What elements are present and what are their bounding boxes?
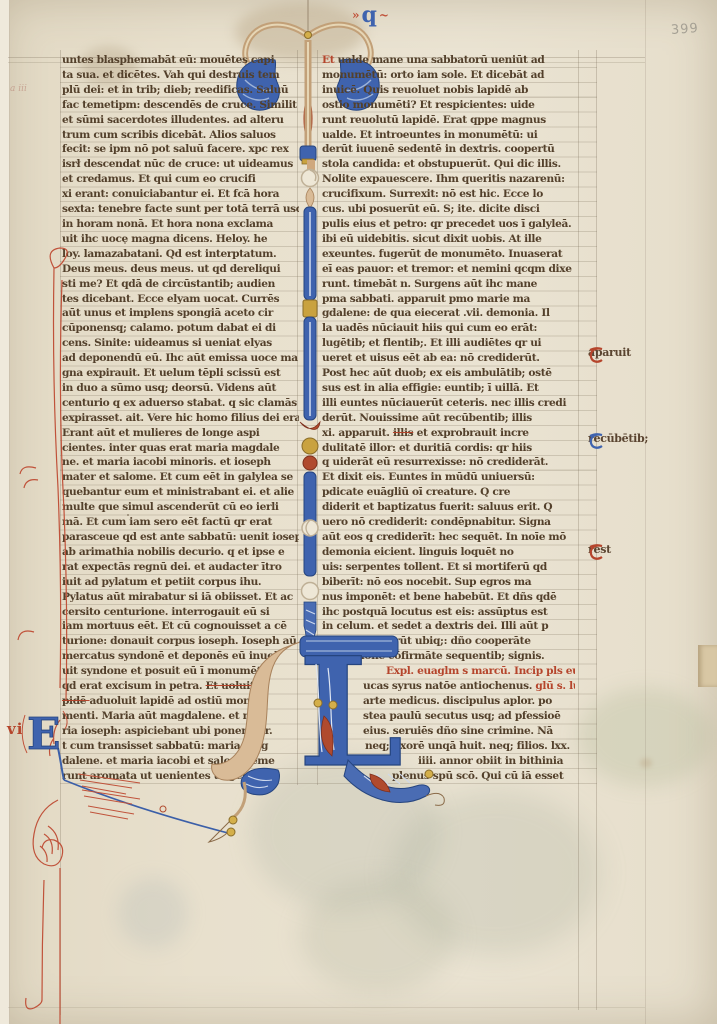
paraph-icon — [588, 432, 604, 450]
text-line: isrł descendat nūc de cruce: ut uideamus — [62, 157, 299, 172]
folio-number: 399 — [671, 21, 700, 38]
text-line: parasceue qd est ante sabbatū: uenit ios… — [62, 530, 299, 545]
text-line: stola candida: et obstupuerūt. Qui dic i… — [322, 157, 575, 172]
text-line: crucifixum. Surrexit: nō est hic. Ecce l… — [322, 187, 575, 202]
text-line: inuicē. Quis reuoluet nobis lapidē ab — [322, 83, 575, 98]
text-line: runt reuolutū lapidē. Erat qppe magnus — [322, 113, 575, 128]
initial-l-illuminated: L — [48, 624, 478, 864]
text-line: fecit: se ipm nō pot saluū facere. xpc r… — [62, 142, 299, 157]
text-line: cientes. inter quas erat maria magdale — [62, 441, 299, 456]
text-line: sexta: tenebre facte sunt per totā terrā… — [62, 202, 299, 217]
text-line: exeuntes. fugerūt de monumēto. Inuaserat — [322, 247, 575, 262]
text-line: xi erant: conuiciabantur ei. Et fcā hora — [62, 187, 299, 202]
paraph-icon — [588, 543, 604, 561]
text-segment: ualde mane una sabbatorū ueniūt ad — [334, 54, 544, 66]
text-line: in horam nonā. Et hora nona exclama — [62, 217, 299, 232]
text-line: la uadēs nūciauit hiis qui cum eo erāt: — [322, 321, 575, 336]
text-line: untes blasphemabāt eū: mouētes capi — [62, 53, 299, 68]
text-line: loy. lamazabatani. Qd est interptatum. — [62, 247, 299, 262]
text-line: Et ualde mane una sabbatorū ueniūt ad — [322, 53, 575, 68]
text-line: runt. timebāt n. Surgens aūt ihc mane — [322, 277, 575, 292]
text-line: Nolite expauescere. Ihm queritis nazaren… — [322, 172, 575, 187]
initial-letter-e: E — [27, 709, 61, 760]
margin-note: rest — [588, 543, 611, 556]
text-line: Post hec aūt duob; ex eis ambulātib; ost… — [322, 366, 575, 381]
text-segment: xi. apparuit. — [322, 427, 393, 439]
paraph-icon — [588, 346, 604, 364]
text-line: cens. Sinite: uideamus si ueniat elyas — [62, 336, 299, 351]
text-line: aūt unus et implens spongiā aceto cir — [62, 306, 299, 321]
text-line: mā. Et cum iam sero eēt factū qr erat — [62, 515, 299, 530]
text-line: expirasset. ait. Vere hic homo filius de… — [62, 411, 299, 426]
text-line: Deus meus. deus meus. ut qd dereliqui — [62, 262, 299, 277]
text-line: derūt. Nouissime aūt recūbentib; illis — [322, 411, 575, 426]
text-line: biberīt: nō eos nocebit. Sup egros ma — [322, 575, 575, 590]
left-margin-penwork — [14, 240, 94, 1024]
margin-note: recūbētib; — [588, 432, 648, 445]
text-line: ta sua. et dicētes. Vah qui destruis tem — [62, 68, 299, 83]
text-line: diderit et baptizatus fuerit: saluus eri… — [322, 500, 575, 515]
text-line: cūponensq; calamo. potum dabat ei di — [62, 321, 299, 336]
text-line: ueret et uisus eēt ab ea: nō crediderūt. — [322, 351, 575, 366]
text-line: ostio monumēti? Et respicientes: uide — [322, 98, 575, 113]
text-line: ihc postquā locutus est eis: assūptus es… — [322, 605, 575, 620]
text-line: q uiderāt eū resurrexisse: nō crediderāt… — [322, 455, 575, 470]
text-line: ab arimathia nobilis decurio. q et ipse … — [62, 545, 299, 560]
margin-note: aparuit — [588, 346, 631, 359]
text-line: demonia eicient. linguis loquēt no — [322, 545, 575, 560]
text-line: mater et salome. Et cum eēt in galylea s… — [62, 470, 299, 485]
text-segment: et exprobrauit incre — [413, 427, 528, 439]
text-line: gdalene: de qua eiecerat .vii. demonia. … — [322, 306, 575, 321]
text-segment: glū s. lu. — [535, 680, 575, 692]
page-edge — [0, 0, 10, 1024]
repair-patch — [698, 645, 717, 687]
fox-spot — [640, 758, 652, 768]
text-line: gna expirauit. Et uelum tēpli scissū est — [62, 366, 299, 381]
text-line: pulis eius et petro: qr precedet uos ī g… — [322, 217, 575, 232]
text-line: sus est in alia effigie: euntib; ī uillā… — [322, 381, 575, 396]
text-line: xi. apparuit. illis et exprobrauit incre — [322, 426, 575, 441]
quire-mark: a iii — [10, 84, 27, 94]
show-through-stain — [300, 878, 455, 993]
text-line: uit ihc uoce magna dicens. Heloy. he — [62, 232, 299, 247]
text-line: fac temetipm: descendēs de cruce. Simili… — [62, 98, 299, 113]
text-line: derūt iuuenē sedentē in dextris. coopert… — [322, 142, 575, 157]
text-line: et credamus. Et qui cum eo crucifi — [62, 172, 299, 187]
text-line: ne. et maria iacobi minoris. et ioseph — [62, 455, 299, 470]
text-line: in duo a sūmo usq; deorsū. Videns aūt — [62, 381, 299, 396]
gospel-text: Et ualde mane una sabbatorū ueniūt admon… — [322, 53, 575, 664]
text-line: sti me? Et qdā de circūstantib; audien — [62, 277, 299, 292]
text-line: tes dicebant. Ecce elyam uocat. Currēs — [62, 292, 299, 307]
text-line: cersito centurione. interrogauit eū si — [62, 605, 299, 620]
text-line: lugētib; et flentib;. Et illi audiētes q… — [322, 336, 575, 351]
text-line: cus. ubi posuerūt eū. S; ite. dicite dis… — [322, 202, 575, 217]
text-line: aūt eos q crediderīt: hec sequēt. In noī… — [322, 530, 575, 545]
text-line: pma sabbati. apparuit pmo marie ma — [322, 292, 575, 307]
text-line: plū dei: et in trib; dieb; reedificas. S… — [62, 83, 299, 98]
text-line: uero nō crediderit: condēpnabitur. Signa — [322, 515, 575, 530]
text-line: Et dixit eis. Euntes in mūdū uniuersū: — [322, 470, 575, 485]
text-line: centurio q ex aduerso stabat. q sic clam… — [62, 396, 299, 411]
text-line: eī eas pauor: et tremor: et nemini qcqm … — [322, 262, 575, 277]
manuscript-page: 399 a iii » q ~ — [0, 0, 717, 1024]
text-line: monumētū: orto iam sole. Et dicebāt ad — [322, 68, 575, 83]
text-line: illi euntes nūciauerūt ceteris. nec illi… — [322, 396, 575, 411]
initial-e: E — [20, 707, 68, 759]
ruling-line — [8, 1007, 645, 1008]
text-line: iuit ad pylatum et petiit corpus ihu. — [62, 575, 299, 590]
text-line: dulitatē illor: et duritiā cordis: qr hi… — [322, 441, 575, 456]
text-line: Erant aūt et mulieres de longe aspi — [62, 426, 299, 441]
text-line: ad deponendū eū. Ihc aūt emissa uoce ma — [62, 351, 299, 366]
text-line: pdicate euāgliū oī creature. Q cre — [322, 485, 575, 500]
ink-dot — [127, 514, 129, 516]
text-line: ualde. Et introeuntes in monumētū: ui — [322, 128, 575, 143]
ruling-line — [645, 0, 646, 1024]
text-line: nus imponēt: et bene habebūt. Et dñs qdē — [322, 590, 575, 605]
text-line: quebantur eum et ministrabant ei. et ali… — [62, 485, 299, 500]
text-line: et sūmi sacerdotes illudentes. ad alteru — [62, 113, 299, 128]
ink-dot — [124, 242, 126, 244]
show-through-stain — [118, 878, 188, 948]
text-line: uis: serpentes tollent. Et si mortiferū … — [322, 560, 575, 575]
text-line: Pylatus aūt mirabatur si iā obiisset. Et… — [62, 590, 299, 605]
text-line: ibi eū uidebitis. sicut dixit uobis. At … — [322, 232, 575, 247]
text-line: rat expectās regnū dei. et audacter ītro — [62, 560, 299, 575]
tan-swash — [212, 642, 300, 780]
red-clamp — [300, 422, 320, 430]
text-line: trum cum scribis dicebāt. Alios saluos — [62, 128, 299, 143]
text-line: multe que simul ascenderūt cū eo ierli — [62, 500, 299, 515]
text-segment: Et — [322, 54, 334, 66]
text-segment: illis — [393, 427, 413, 439]
ruling-line — [596, 50, 597, 1010]
ruling-line — [578, 50, 579, 1010]
